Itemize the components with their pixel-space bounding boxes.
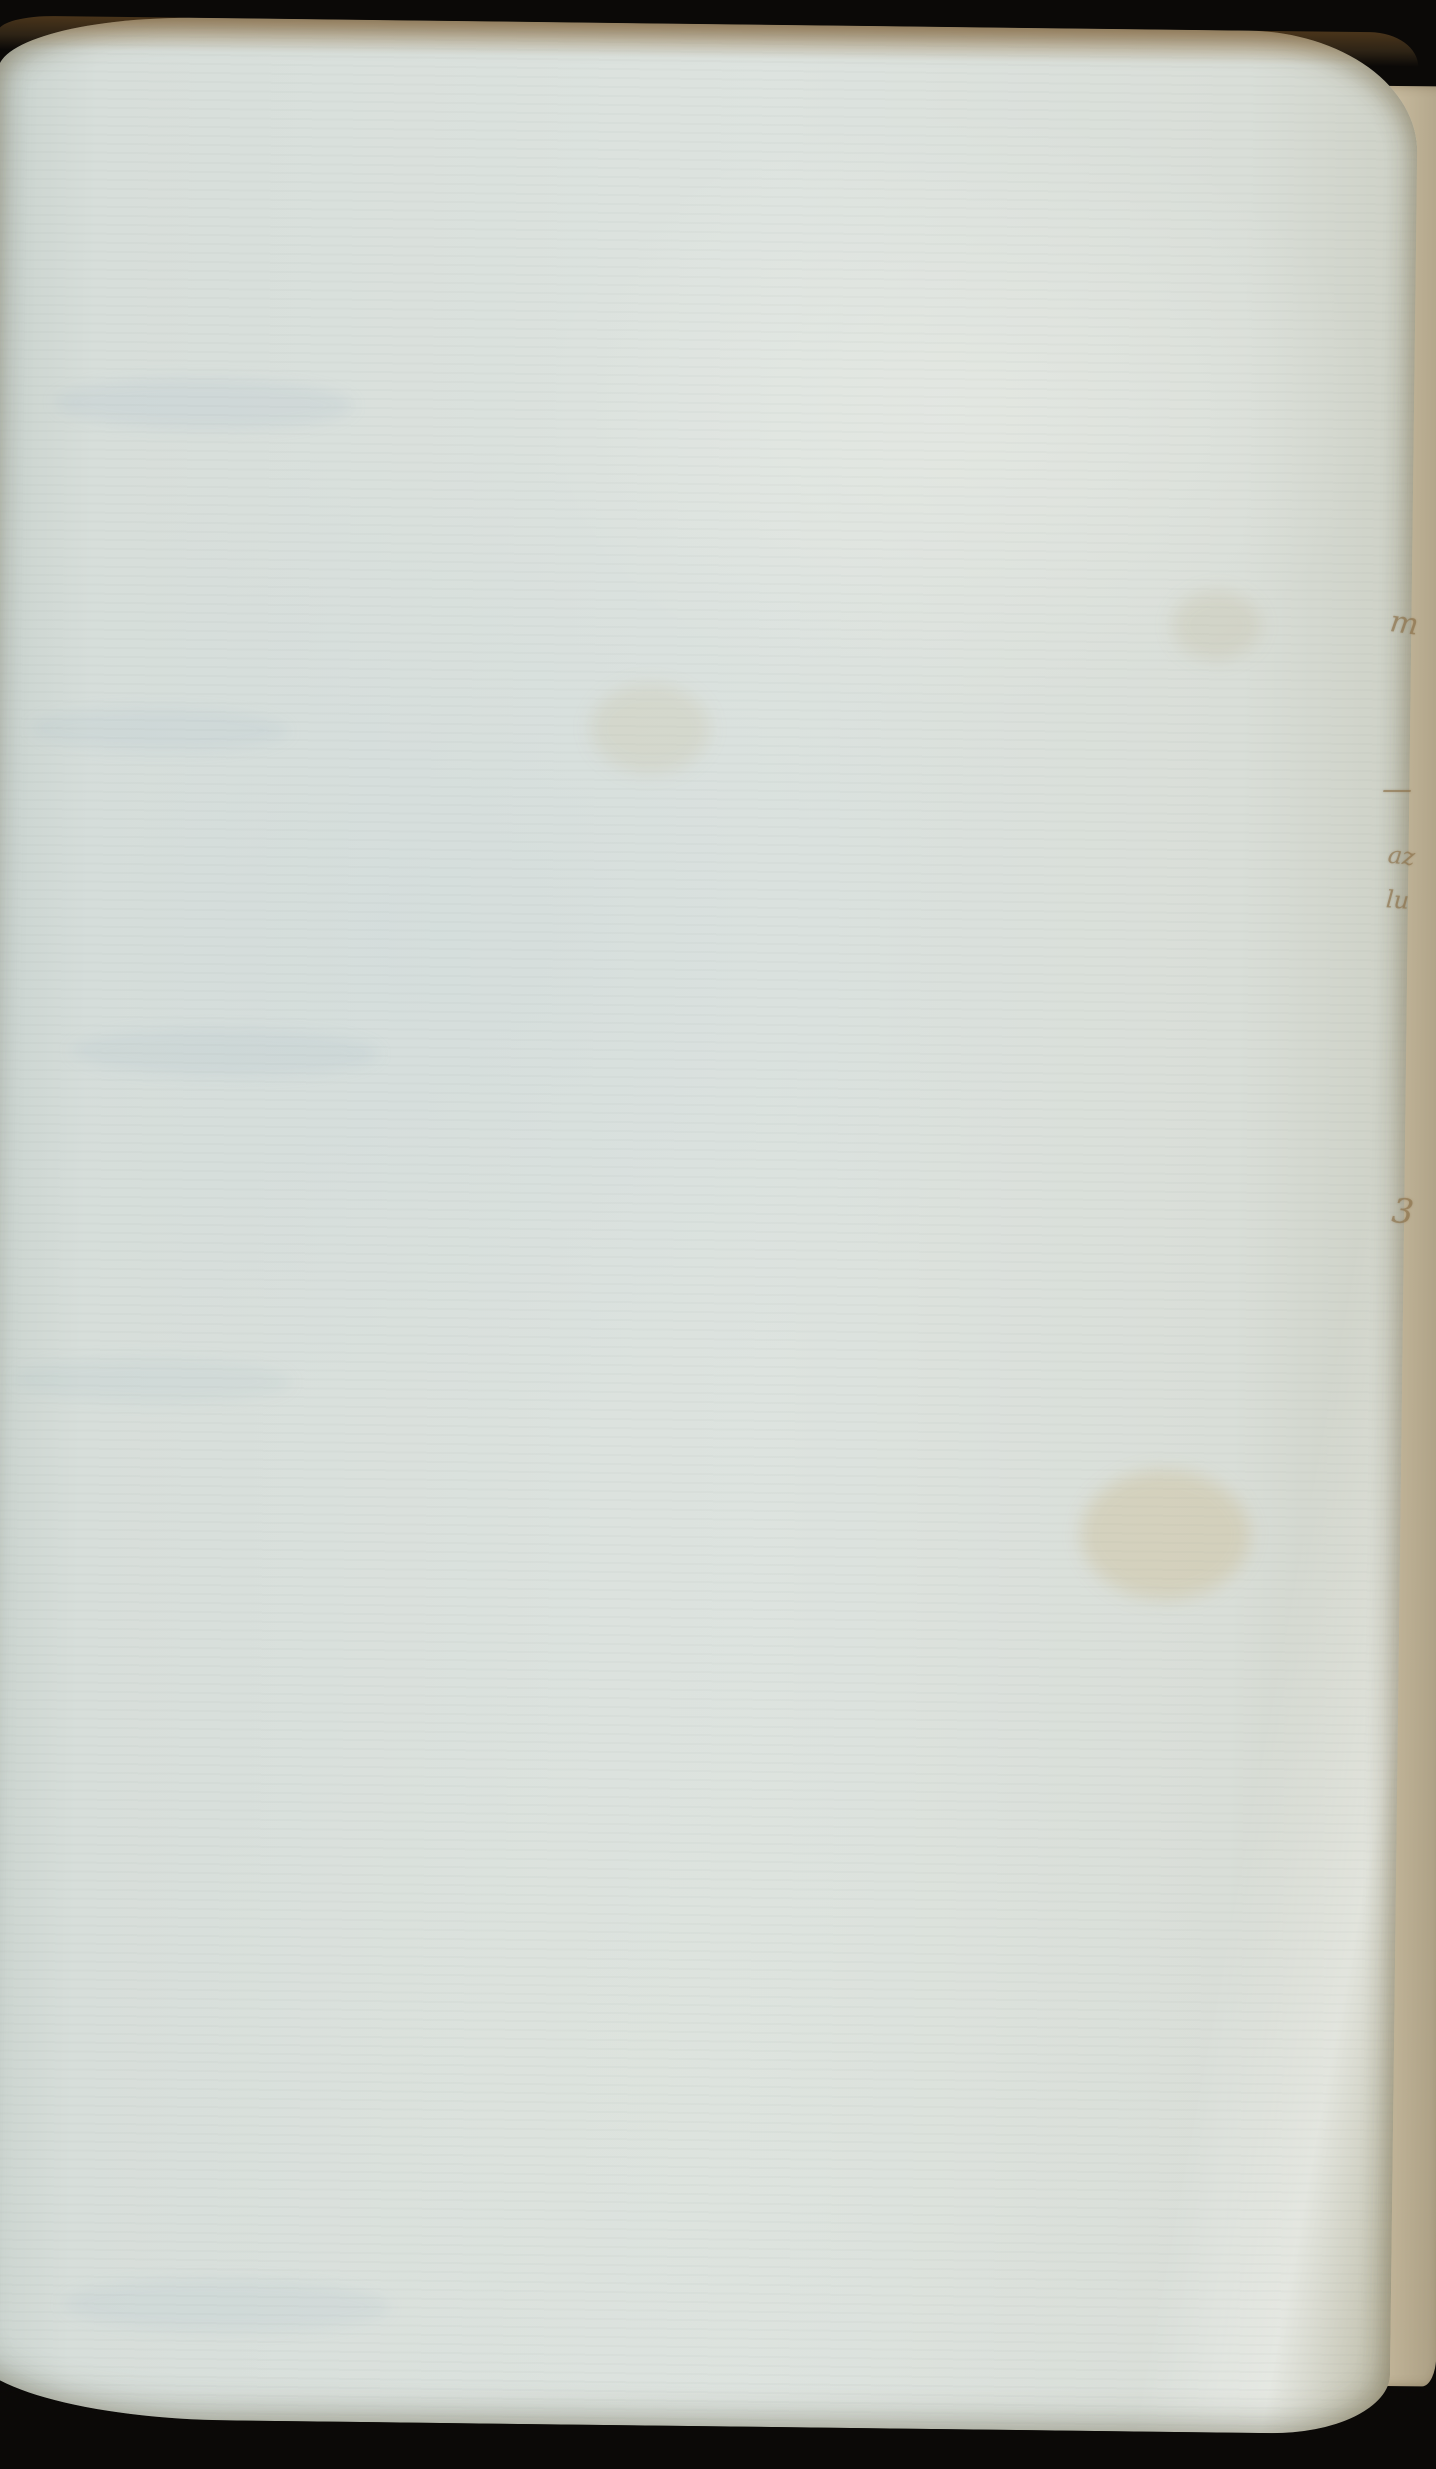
bleedthrough-smudge (70, 1026, 381, 1078)
bleedthrough-smudge (60, 2276, 391, 2334)
margin-mark: m (1388, 604, 1421, 643)
margin-mark: az (1387, 841, 1417, 872)
paper-stain (1171, 590, 1262, 661)
margin-mark: lu (1385, 885, 1410, 915)
deckle-edge (0, 15, 1419, 66)
margin-mark: — (1382, 772, 1412, 807)
margin-mark: 3 (1390, 1191, 1416, 1233)
bleedthrough-smudge (30, 706, 291, 753)
manuscript-page (0, 15, 1419, 2434)
bleedthrough-smudge (54, 376, 355, 432)
paper-stain (1079, 1469, 1251, 1601)
photograph-frame: + Synodus Septima maij — Celebrata — 164… (0, 0, 1436, 2469)
paper-stain (590, 683, 711, 774)
bleedthrough-smudge (12, 1356, 293, 1405)
